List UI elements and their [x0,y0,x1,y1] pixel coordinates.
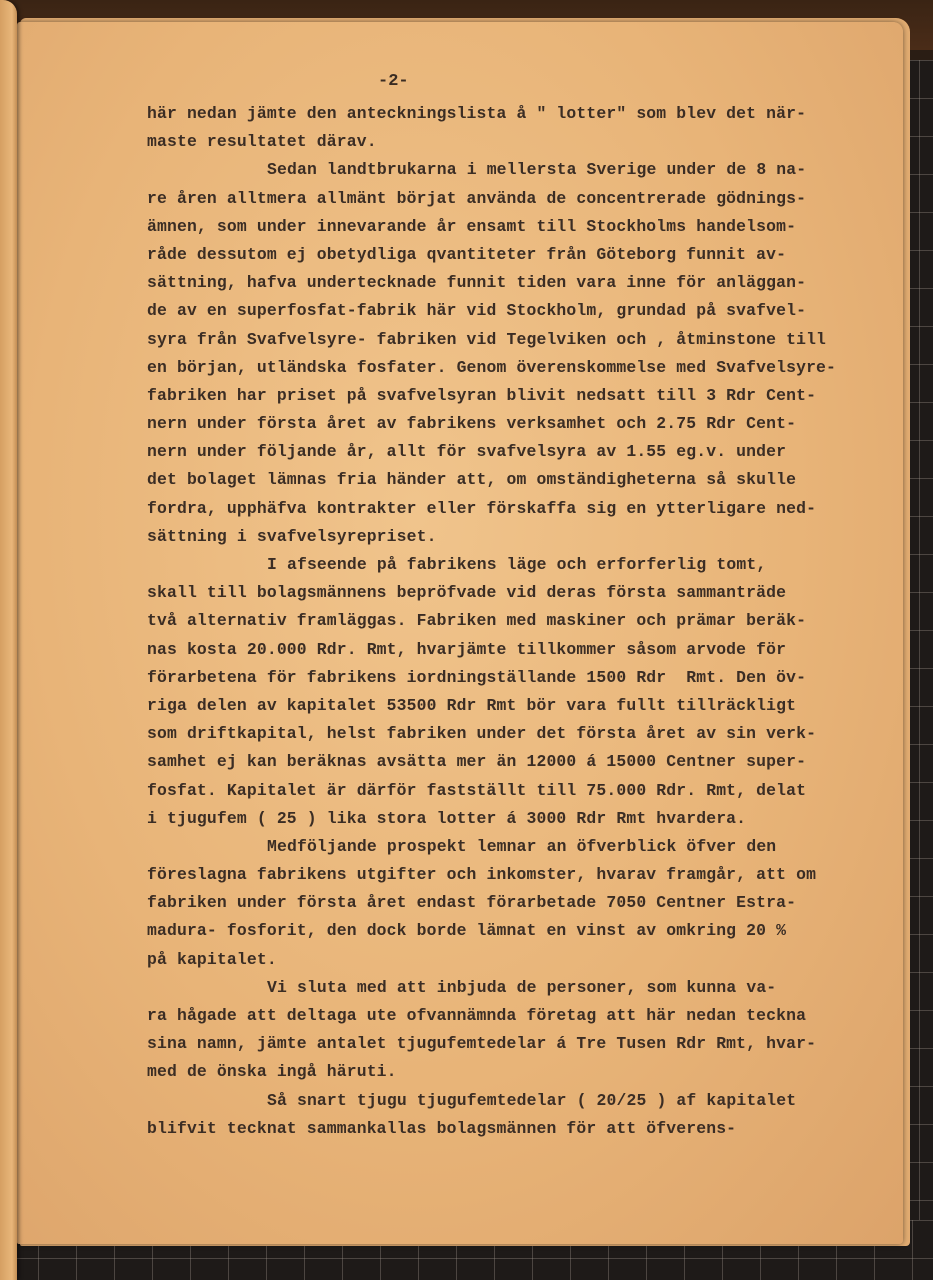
text-line: på kapitalet. [147,946,897,974]
text-line: Så snart tjugu tjugufemtedelar ( 20/25 )… [147,1087,897,1115]
text-line: det bolaget lämnas fria händer att, om o… [147,466,897,494]
text-line: som driftkapital, helst fabriken under d… [147,720,897,748]
text-line: blifvit tecknat sammankallas bolagsmänne… [147,1115,897,1143]
text-line: fabriken under första året endast förarb… [147,889,897,917]
text-line: de av en superfosfat-fabrik här vid Stoc… [147,297,897,325]
text-line: nas kosta 20.000 Rdr. Rmt, hvarjämte til… [147,636,897,664]
text-line: riga delen av kapitalet 53500 Rdr Rmt bö… [147,692,897,720]
text-line: Medföljande prospekt lemnar an öfverblic… [147,833,897,861]
text-line: maste resultatet därav. [147,128,897,156]
text-line: fabriken har priset på svafvelsyran bliv… [147,382,897,410]
text-line: här nedan jämte den anteckningslista å "… [147,100,897,128]
text-line: syra från Svafvelsyre- fabriken vid Tege… [147,326,897,354]
page-number: -2- [378,72,409,91]
text-line: en början, utländska fosfater. Genom öve… [147,354,897,382]
text-line: förarbetena för fabrikens iordningställa… [147,664,897,692]
text-line: nern under första året av fabrikens verk… [147,410,897,438]
text-line: föreslagna fabrikens utgifter och inkoms… [147,861,897,889]
text-line: re åren alltmera allmänt börjat använda … [147,185,897,213]
text-line: fosfat. Kapitalet är därför fastställt t… [147,777,897,805]
text-line: sina namn, jämte antalet tjugufemtedelar… [147,1030,897,1058]
text-line: i tjugufem ( 25 ) lika stora lotter á 30… [147,805,897,833]
text-line: sättning, hafva undertecknade funnit tid… [147,269,897,297]
text-line: madura- fosforit, den dock borde lämnat … [147,917,897,945]
text-line: råde dessutom ej obetydliga qvantiteter … [147,241,897,269]
left-page-edge [0,0,17,1280]
text-line: ämnen, som under innevarande år ensamt t… [147,213,897,241]
text-line: nern under följande år, allt för svafvel… [147,438,897,466]
text-line: med de önska ingå häruti. [147,1058,897,1086]
text-line: Vi sluta med att inbjuda de personer, so… [147,974,897,1002]
text-line: samhet ej kan beräknas avsätta mer än 12… [147,748,897,776]
text-line: I afseende på fabrikens läge och erforfe… [147,551,897,579]
document-body: här nedan jämte den anteckningslista å "… [147,100,897,1143]
text-line: Sedan landtbrukarna i mellersta Sverige … [147,156,897,184]
text-line: fordra, upphäfva kontrakter eller förska… [147,495,897,523]
text-line: skall till bolagsmännens bepröfvade vid … [147,579,897,607]
text-line: två alternativ framläggas. Fabriken med … [147,607,897,635]
text-line: ra hågade att deltaga ute ofvannämnda fö… [147,1002,897,1030]
text-line: sättning i svafvelsyrepriset. [147,523,897,551]
